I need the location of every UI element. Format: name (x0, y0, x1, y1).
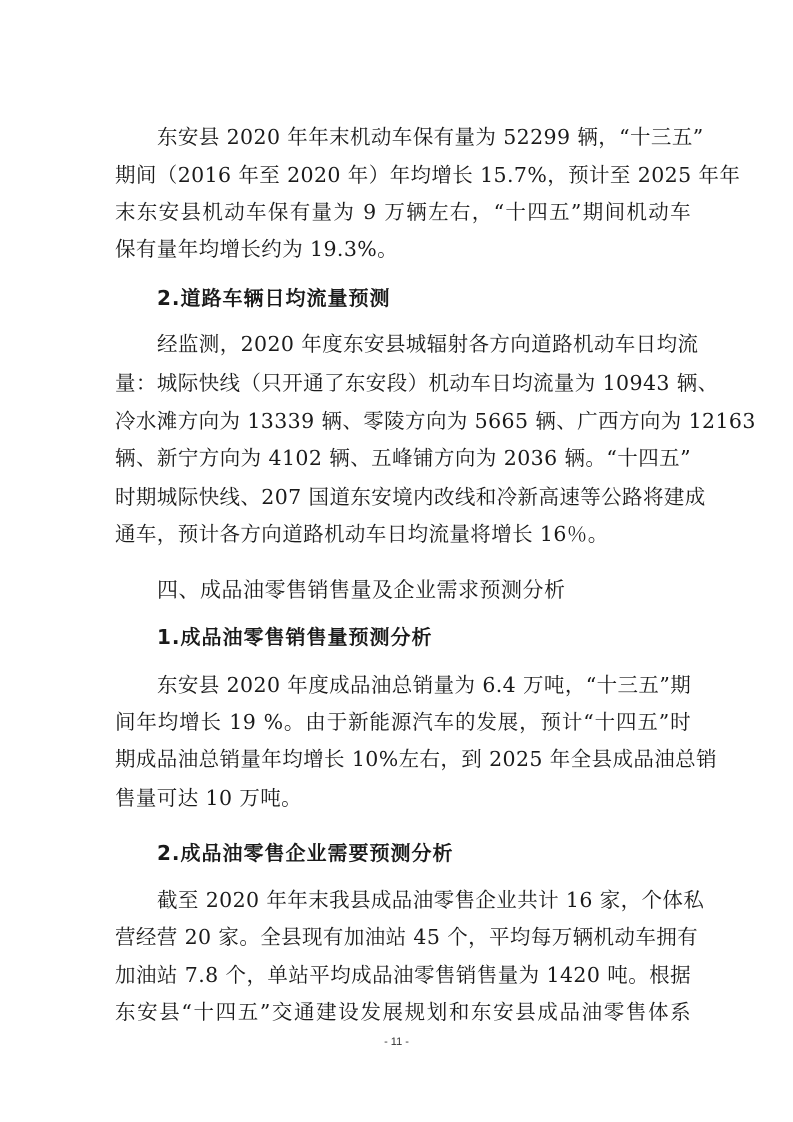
text-line: 截至 2020 年年末我县成品油零售企业共计 16 家，个体私 (157, 885, 691, 915)
text-line: 辆、新宁方向为 4102 辆、五峰铺方向为 2036 辆。“十四五” (115, 443, 691, 473)
page-number: - 11 - (0, 1036, 793, 1048)
text-line: 营经营 20 家。全县现有加油站 45 个，平均每万辆机动车拥有 (115, 922, 691, 952)
text-line: 期成品油总销量年均增长 10%左右，到 2025 年全县成品油总销 (115, 744, 691, 774)
text-line: 末东安县机动车保有量为 9 万辆左右，“十四五”期间机动车 (115, 197, 691, 227)
text-line: 冷水滩方向为 13339 辆、零陵方向为 5665 辆、广西方向为 12163 (115, 406, 691, 436)
text-line: 间年均增长 19 %。由于新能源汽车的发展，预计“十四五”时 (115, 707, 691, 737)
text-line: 期间（2016 年至 2020 年）年均增长 15.7%，预计至 2025 年年 (115, 160, 691, 190)
text-line: 时期城际快线、207 国道东安境内改线和冷新高速等公路将建成 (115, 482, 691, 512)
subsection-heading-sales: 1.成品油零售销售量预测分析 (157, 622, 691, 652)
text-line: 东安县“十四五”交通建设发展规划和东安县成品油零售体系 (115, 997, 691, 1027)
text-line: 加油站 7.8 个，单站平均成品油零售销售量为 1420 吨。根据 (115, 960, 691, 990)
text-line: 量：城际快线（只开通了东安段）机动车日均流量为 10943 辆、 (115, 368, 691, 398)
text-line: 东安县 2020 年年末机动车保有量为 52299 辆，“十三五” (157, 122, 691, 152)
text-line: 售量可达 10 万吨。 (115, 783, 691, 813)
text-line: 东安县 2020 年度成品油总销量为 6.4 万吨，“十三五”期 (157, 670, 691, 700)
text-line: 通车，预计各方向道路机动车日均流量将增长 16％。 (115, 519, 691, 549)
subsection-heading-enterprise: 2.成品油零售企业需要预测分析 (157, 838, 691, 868)
text-line: 保有量年均增长约为 19.3%。 (115, 234, 691, 264)
section-heading: 四、成品油零售销售量及企业需求预测分析 (157, 575, 691, 605)
document-page: 东安县 2020 年年末机动车保有量为 52299 辆，“十三五” 期间（201… (0, 0, 793, 1122)
subsection-heading-traffic: 2.道路车辆日均流量预测 (157, 283, 691, 313)
text-line: 经监测，2020 年度东安县城辐射各方向道路机动车日均流 (157, 329, 691, 359)
